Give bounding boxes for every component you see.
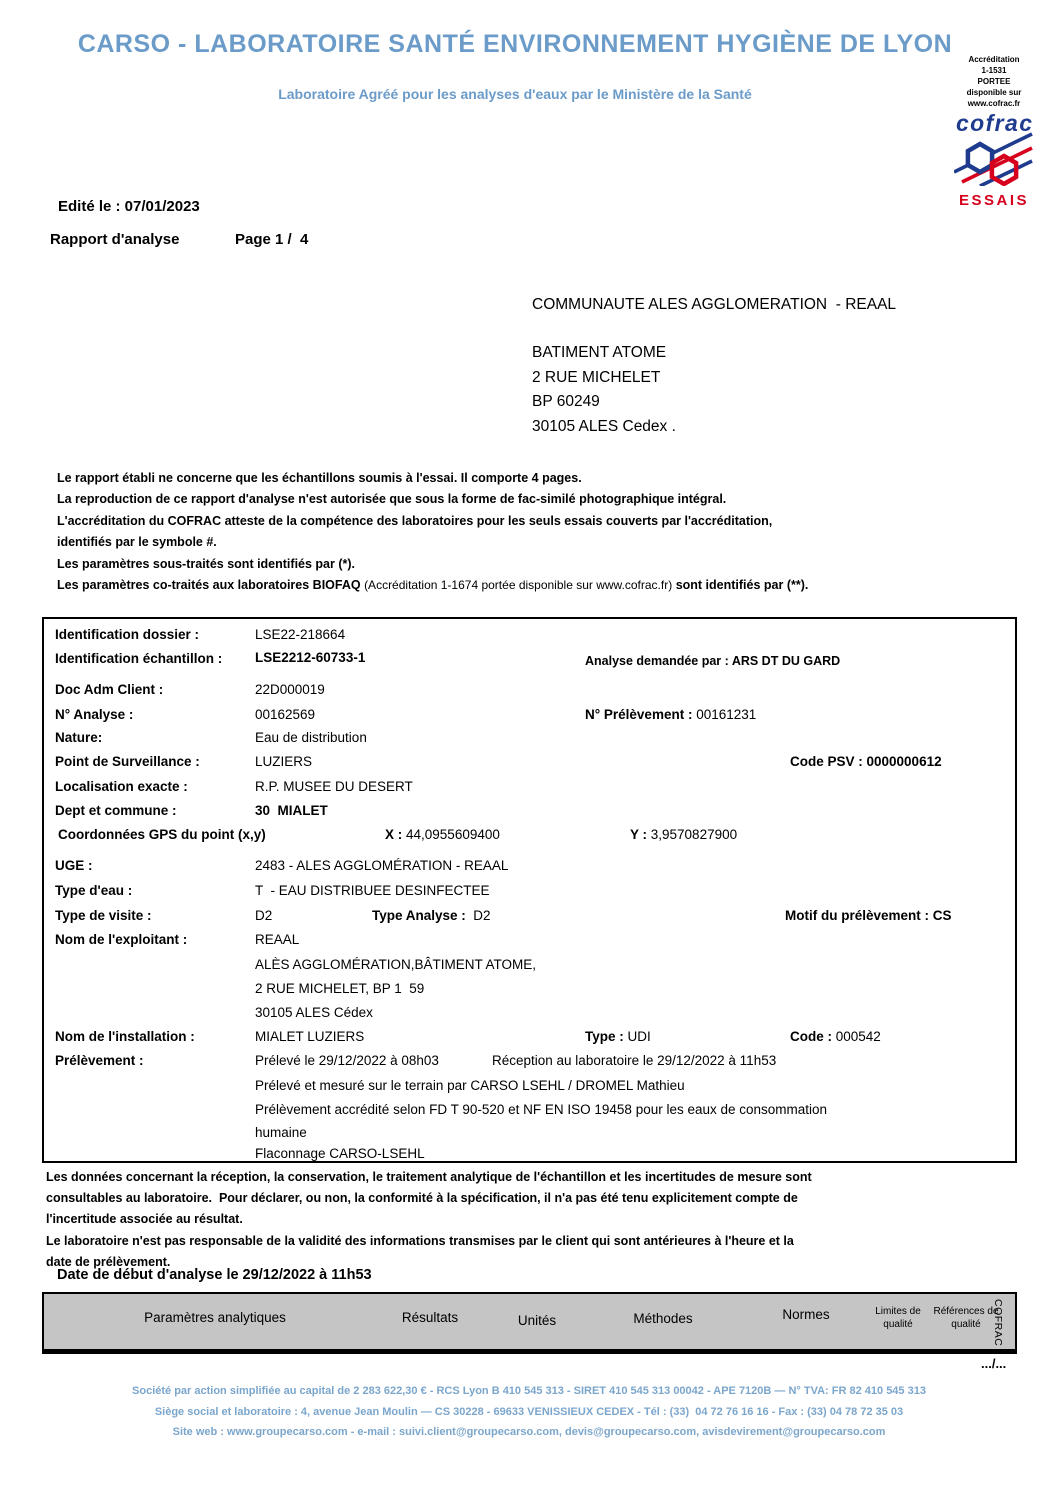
operator-line: ALÈS AGGLOMÉRATION,BÂTIMENT ATOME,: [255, 957, 536, 973]
recipient-address-line: 30105 ALES Cedex .: [532, 415, 676, 440]
continuation-mark: .../...: [981, 1356, 1006, 1371]
field-value: R.P. MUSEE DU DESERT: [255, 779, 413, 795]
legal-notice-line: La reproduction de ce rapport d'analyse …: [57, 489, 987, 510]
gps-x: X : 44,0955609400: [385, 827, 500, 843]
field-value: LSE22-218664: [255, 627, 345, 643]
column-header-parametres: Paramètres analytiques: [65, 1310, 365, 1325]
field-label: Nom de l'installation :: [55, 1029, 195, 1045]
cofrac-brand-text: cofrac: [956, 114, 1032, 136]
gps-label: Coordonnées GPS du point (x,y): [58, 827, 266, 843]
accreditation-line: Accréditation: [950, 54, 1038, 65]
field-label: Dept et commune :: [55, 803, 177, 819]
company-footer: Société par action simplifiée au capital…: [40, 1381, 1018, 1443]
legal-notices: Le rapport établi ne concerne que les éc…: [57, 468, 987, 596]
sampling-line: Prélèvement accrédité selon FD T 90-520 …: [255, 1102, 827, 1118]
accreditation-text: Accréditation1-1531PORTEEdisponible surw…: [950, 54, 1038, 109]
field-value: 00162569: [255, 707, 315, 723]
field-value: D2: [255, 908, 272, 924]
legal-notice-cotraite: Les paramètres co-traités aux laboratoir…: [57, 575, 987, 596]
sampling-line: Prélevé et mesuré sur le terrain par CAR…: [255, 1078, 685, 1094]
recipient-address-line: BP 60249: [532, 390, 676, 415]
field-label: Type d'eau :: [55, 883, 132, 899]
field-label: Identification dossier :: [55, 627, 199, 643]
field-label: Type de visite :: [55, 908, 152, 924]
field-label: N° Analyse :: [55, 707, 133, 723]
sampling-line: humaine: [255, 1125, 307, 1141]
field-value: T - EAU DISTRIBUEE DESINFECTEE: [255, 883, 490, 899]
operator-line: 30105 ALES Cédex: [255, 1005, 373, 1021]
field-value: LSE2212-60733-1: [255, 650, 365, 666]
column-header-resultats: Résultats: [360, 1310, 500, 1325]
sampling-date: Prélevé le 29/12/2022 à 08h03: [255, 1053, 439, 1069]
field-value: 30 MIALET: [255, 803, 328, 819]
field-value: Eau de distribution: [255, 730, 367, 746]
column-header-normes: Normes: [746, 1307, 866, 1322]
column-header-cofrac: COFRAC: [992, 1299, 1004, 1351]
lab-report-page: CARSO - LABORATOIRE SANTÉ ENVIRONNEMENT …: [0, 0, 1058, 1495]
accreditation-line: disponible sur: [950, 87, 1038, 98]
recipient-address: BATIMENT ATOME2 RUE MICHELETBP 602493010…: [532, 341, 676, 439]
sampling-line: Flaconnage CARSO-LSEHL: [255, 1146, 425, 1162]
field-value: MIALET LUZIERS: [255, 1029, 364, 1045]
field-label: Localisation exacte :: [55, 779, 188, 795]
analysis-start-date: Date de début d'analyse le 29/12/2022 à …: [57, 1267, 372, 1283]
recipient-address-line: BATIMENT ATOME: [532, 341, 676, 366]
lab-disclaimer-line: l'incertitude associée au résultat.: [46, 1209, 981, 1230]
field-value: LUZIERS: [255, 754, 312, 770]
cofrac-block: Accréditation1-1531PORTEEdisponible surw…: [950, 54, 1038, 209]
column-header-unites: Unités: [487, 1313, 587, 1328]
edited-date: Edité le : 07/01/2023: [58, 198, 200, 215]
legal-notice-line: L'accréditation du COFRAC atteste de la …: [57, 511, 987, 532]
sampling-reason: Motif du prélèvement : CS: [785, 908, 952, 924]
field-label: UGE :: [55, 858, 93, 874]
page-number: Page 1 / 4: [235, 231, 308, 248]
lab-disclaimer: Les données concernant la réception, la …: [46, 1167, 981, 1273]
results-table-header: Paramètres analytiques Résultats Unités …: [42, 1292, 1017, 1354]
cofrac-essais-label: ESSAIS: [950, 192, 1038, 209]
analysis-type: Type Analyse : D2: [372, 908, 491, 924]
operator-line: 2 RUE MICHELET, BP 1 59: [255, 981, 424, 997]
footer-line: Siège social et laboratoire : 4, avenue …: [40, 1402, 1018, 1423]
sample-info-table: Identification dossier : LSE22-218664 Id…: [42, 617, 1017, 1163]
footer-line: Société par action simplifiée au capital…: [40, 1381, 1018, 1402]
reception-date: Réception au laboratoire le 29/12/2022 à…: [492, 1053, 776, 1069]
page-subtitle: Laboratoire Agréé pour les analyses d'ea…: [40, 86, 990, 102]
installation-type: Type : UDI: [585, 1029, 651, 1045]
legal-notice-line: Le rapport établi ne concerne que les éc…: [57, 468, 987, 489]
accreditation-line: PORTEE: [950, 76, 1038, 87]
field-label: Point de Surveillance :: [55, 754, 200, 770]
recipient-name: COMMUNAUTE ALES AGGLOMERATION - REAAL: [532, 296, 896, 314]
accreditation-line: www.cofrac.fr: [950, 98, 1038, 109]
psv-code: Code PSV : 0000000612: [790, 754, 942, 770]
legal-notice-line: identifiés par le symbole #.: [57, 532, 987, 553]
requested-by: Analyse demandée par : ARS DT DU GARD: [585, 653, 840, 669]
accreditation-line: 1-1531: [950, 65, 1038, 76]
lab-disclaimer-line: Le laboratoire n'est pas responsable de …: [46, 1231, 981, 1252]
column-header-methodes: Méthodes: [603, 1311, 723, 1326]
field-value: 2483 - ALES AGGLOMÉRATION - REAAL: [255, 858, 508, 874]
field-value: 22D000019: [255, 682, 325, 698]
lab-disclaimer-line: consultables au laboratoire. Pour déclar…: [46, 1188, 981, 1209]
field-label: Identification échantillon :: [55, 651, 222, 667]
field-label: Prélèvement :: [55, 1053, 144, 1069]
recipient-address-line: 2 RUE MICHELET: [532, 366, 676, 391]
report-type-label: Rapport d'analyse: [50, 231, 179, 248]
sampling-number: N° Prélèvement : 00161231: [585, 707, 756, 723]
cofrac-logo-icon: cofrac: [954, 114, 1034, 186]
legal-notice-line: Les paramètres sous-traités sont identif…: [57, 554, 987, 575]
field-label: Doc Adm Client :: [55, 682, 163, 698]
footer-line: Site web : www.groupecarso.com - e-mail …: [40, 1422, 1018, 1443]
page-title: CARSO - LABORATOIRE SANTÉ ENVIRONNEMENT …: [40, 30, 990, 59]
operator-line: REAAL: [255, 932, 299, 948]
field-label: Nature:: [55, 730, 102, 746]
lab-disclaimer-line: Les données concernant la réception, la …: [46, 1167, 981, 1188]
gps-y: Y : 3,9570827900: [630, 827, 737, 843]
field-label: Nom de l'exploitant :: [55, 932, 187, 948]
installation-code: Code : 000542: [790, 1029, 881, 1045]
